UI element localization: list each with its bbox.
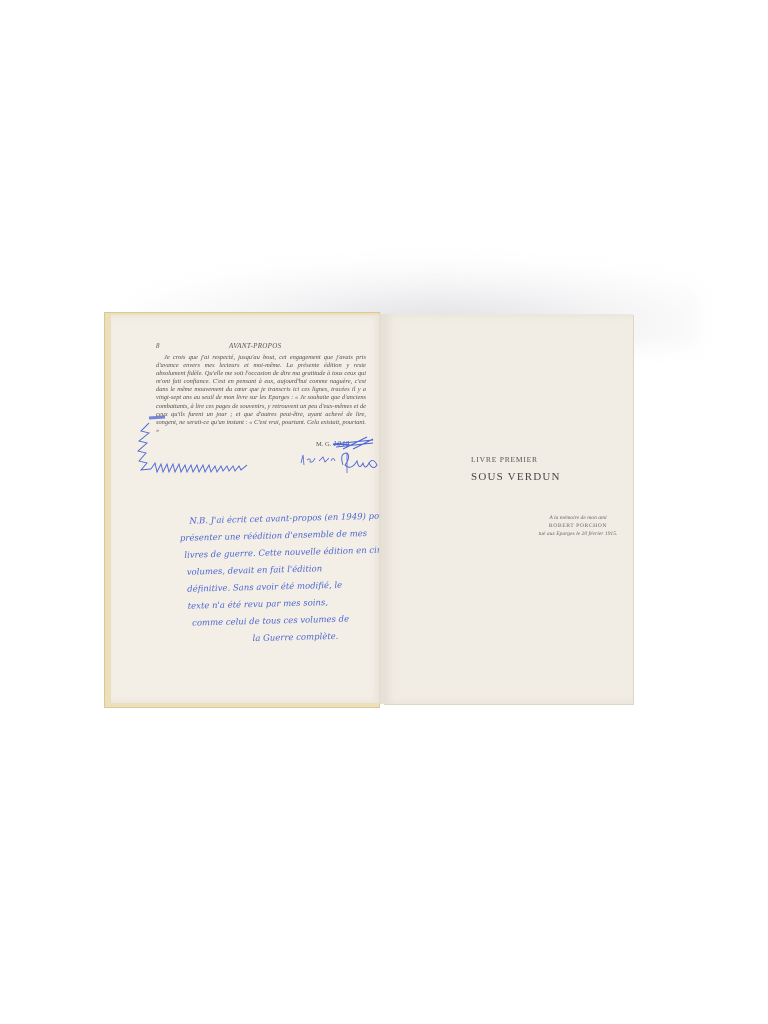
right-page: LIVRE PREMIER SOUS VERDUN A la mémoire d… (383, 314, 633, 704)
part-title: SOUS VERDUN (471, 471, 561, 483)
handwritten-note: N.B. J'ai écrit cet avant-propos (en 194… (189, 508, 392, 649)
dedication-name: ROBERT PORCHON (523, 522, 633, 530)
dedication-line: A la mémoire de mon ami (523, 514, 633, 522)
dedication: A la mémoire de mon ami ROBERT PORCHON t… (523, 514, 633, 538)
left-page: 8 AVANT-PROPOS Je crois que j'ai respect… (111, 315, 383, 703)
open-book: 8 AVANT-PROPOS Je crois que j'ai respect… (104, 312, 636, 710)
dedication-line: tué aux Eparges le 20 février 1915. (523, 530, 633, 538)
part-label: LIVRE PREMIER (471, 455, 538, 464)
